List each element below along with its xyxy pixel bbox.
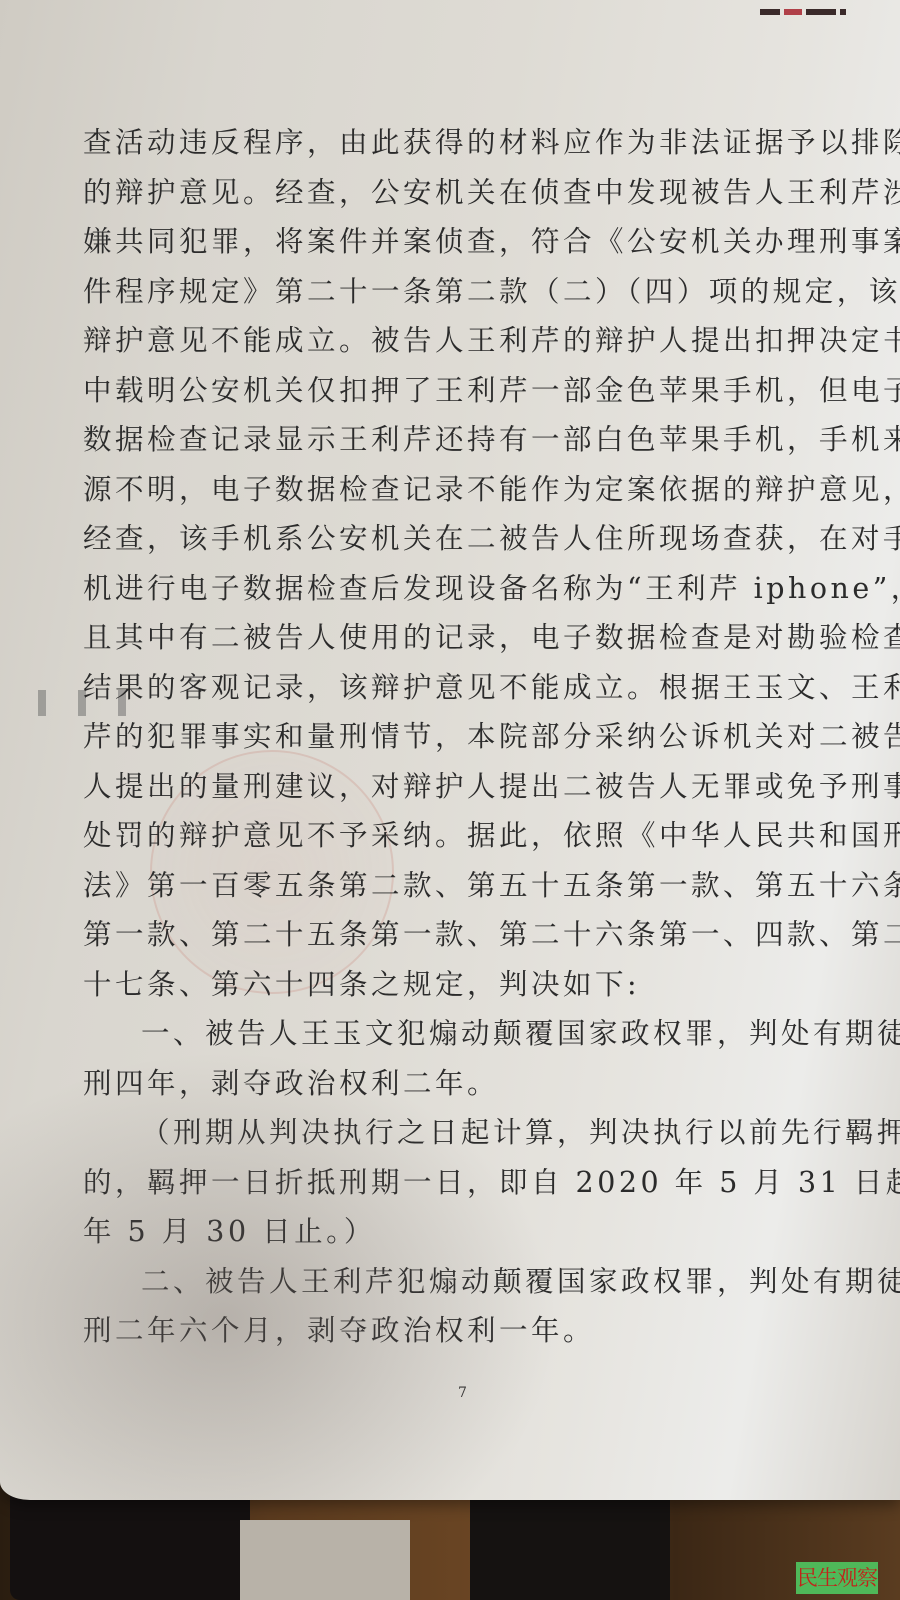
- document-page: 查活动违反程序，由此获得的材料应作为非法证据予以排除 的辩护意见。经查，公安机关…: [0, 0, 900, 1500]
- text-line: 的，羁押一日折抵刑期一日，即自 2020 年 5 月 31 日起至 2024: [83, 1158, 833, 1208]
- text-line: 且其中有二被告人使用的记录，电子数据检查是对勘验检查: [83, 613, 833, 663]
- text-line: 年 5 月 30 日止。）: [83, 1207, 833, 1257]
- text-line: 辩护意见不能成立。被告人王利芹的辩护人提出扣押决定书: [83, 316, 833, 366]
- verdict-item-1: 一、被告人王玉文犯煽动颠覆国家政权罪，判处有期徒: [83, 1009, 833, 1059]
- watermark-logo: 民生观察: [796, 1562, 878, 1594]
- page-number: 7: [458, 1385, 467, 1401]
- text-line: 第一款、第二十五条第一款、第二十六条第一、四款、第二: [83, 910, 833, 960]
- text-line: 法》第一百零五条第二款、第五十五条第一款、第五十六条: [83, 861, 833, 911]
- text-line: 嫌共同犯罪，将案件并案侦查，符合《公安机关办理刑事案: [83, 217, 833, 267]
- text-line: 刑二年六个月，剥夺政治权利一年。: [83, 1306, 833, 1356]
- background-pale-object: [240, 1520, 410, 1600]
- text-line: 经查，该手机系公安机关在二被告人住所现场查获，在对手: [83, 514, 833, 564]
- text-line: 件程序规定》第二十一条第二款（二）（四）项的规定，该: [83, 267, 833, 317]
- text-line: 芹的犯罪事实和量刑情节，本院部分采纳公诉机关对二被告: [83, 712, 833, 762]
- text-line: 刑四年，剥夺政治权利二年。: [83, 1059, 833, 1109]
- text-line: 结果的客观记录，该辩护意见不能成立。根据王玉文、王利: [83, 663, 833, 713]
- top-edge-marks: [760, 0, 880, 8]
- text-line: 源不明，电子数据检查记录不能作为定案依据的辩护意见，: [83, 465, 833, 515]
- text-line: 数据检查记录显示王利芹还持有一部白色苹果手机，手机来: [83, 415, 833, 465]
- judgment-text: 查活动违反程序，由此获得的材料应作为非法证据予以排除 的辩护意见。经查，公安机关…: [83, 118, 833, 1356]
- text-line: 查活动违反程序，由此获得的材料应作为非法证据予以排除: [83, 118, 833, 168]
- text-line: 人提出的量刑建议，对辩护人提出二被告人无罪或免予刑事: [83, 762, 833, 812]
- text-line: 十七条、第六十四条之规定，判决如下:: [83, 960, 833, 1010]
- text-line: 中载明公安机关仅扣押了王利芹一部金色苹果手机，但电子: [83, 366, 833, 416]
- verdict-item-2: 二、被告人王利芹犯煽动颠覆国家政权罪，判处有期徒: [83, 1257, 833, 1307]
- text-line: 机进行电子数据检查后发现设备名称为“王利芹 iphone”，: [83, 564, 833, 614]
- text-line: 的辩护意见。经查，公安机关在侦查中发现被告人王利芹涉: [83, 168, 833, 218]
- sentence-term-note: （刑期从判决执行之日起计算，判决执行以前先行羁押: [83, 1108, 833, 1158]
- text-line: 处罚的辩护意见不予采纳。据此，依照《中华人民共和国刑: [83, 811, 833, 861]
